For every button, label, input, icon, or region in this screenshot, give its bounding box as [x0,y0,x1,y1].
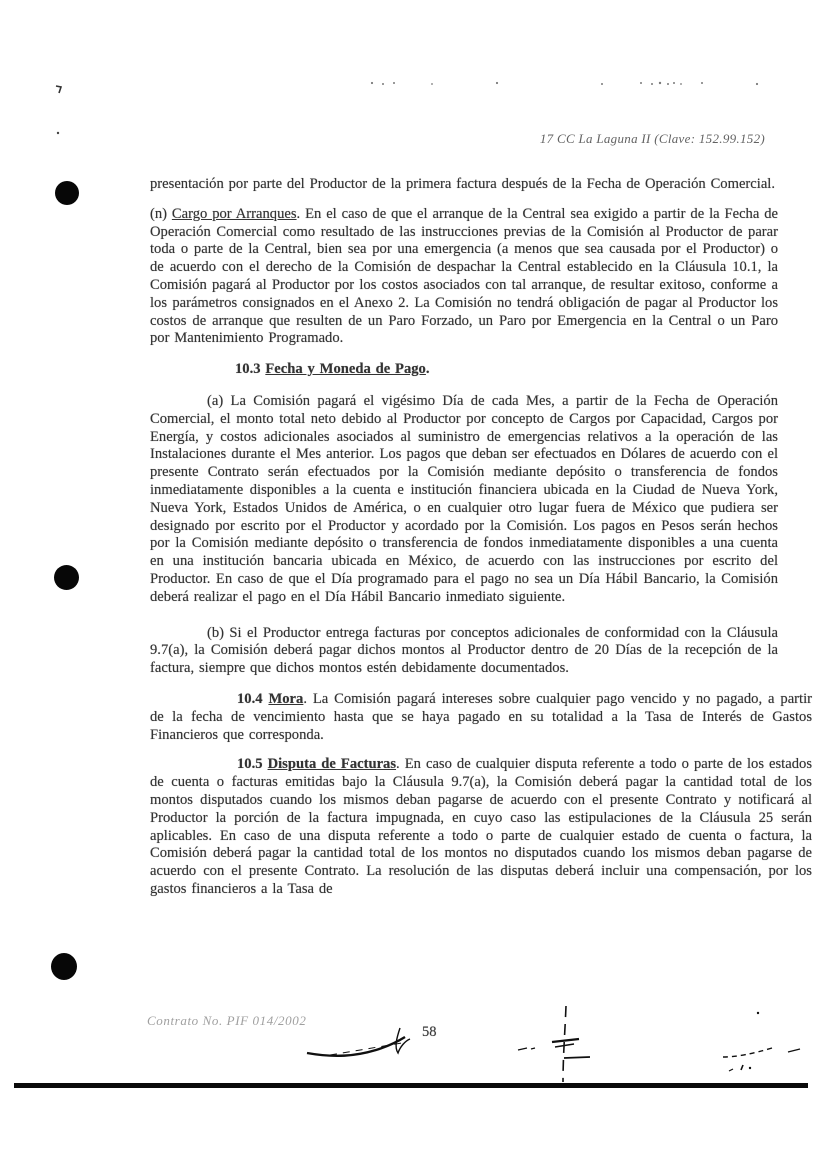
hole-punch-dot-middle [54,565,79,590]
section-number: 10.5 [237,756,268,772]
running-header: 17 CC La Laguna II (Clave: 152.99.152) [400,131,765,147]
tick-mark-scribble [518,1006,590,1082]
top-dotted-artifact-line [371,82,758,85]
section-title-underlined: Fecha y Moneda de Pago [265,361,425,377]
clause-letter: (n) [150,206,172,222]
document-body: presentación por parte del Productor de … [150,176,778,899]
paragraph-10-3-a: (a) La Comisión pagará el vigésimo Día d… [150,393,778,607]
signature-scribble [307,1028,410,1056]
paragraph-continuation: presentación por parte del Productor de … [150,176,778,194]
page-number: 58 [422,1024,437,1041]
section-title-underlined: Disputa de Facturas [268,756,396,772]
section-heading-10-3: 10.3 Fecha y Moneda de Pago. [150,361,778,379]
hole-punch-dot-top [55,181,79,205]
footer-contract-number: Contrato No. PIF 014/2002 [147,1013,306,1029]
hole-punch-dot-bottom [51,953,77,980]
section-body: . En caso de cualquier disputa referente… [150,756,812,897]
section-period: . [426,361,430,377]
top-left-stray-mark [56,86,61,134]
section-10-5-disputa-de-facturas: 10.5 Disputa de Facturas. En caso de cua… [150,756,812,898]
section-number: 10.3 [235,361,265,377]
section-number: 10.4 [237,691,268,707]
clause-body: . En el caso de que el arranque de la Ce… [150,206,778,347]
paragraph-10-3-b: (b) Si el Productor entrega facturas por… [150,625,778,678]
section-10-4-mora: 10.4 Mora. La Comisión pagará intereses … [150,691,812,744]
scanned-contract-page: 17 CC La Laguna II (Clave: 152.99.152) p… [0,0,828,1169]
bottom-scan-line [14,1083,808,1088]
paragraph-cargo-por-arranques: (n) Cargo por Arranques. En el caso de q… [150,206,778,348]
bottom-right-scribble [723,1012,800,1071]
section-title-underlined: Mora [268,691,303,707]
clause-title-underlined: Cargo por Arranques [172,206,297,222]
